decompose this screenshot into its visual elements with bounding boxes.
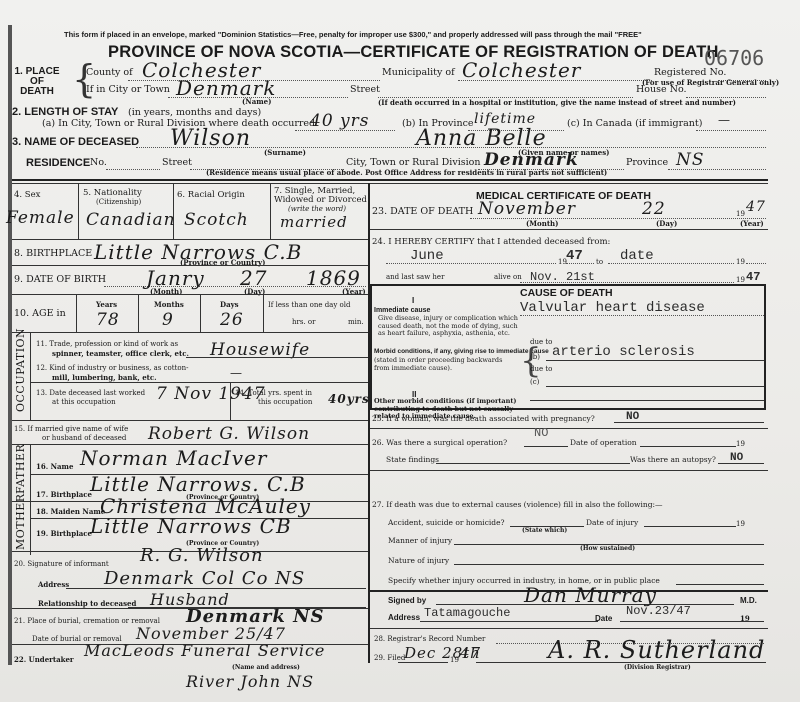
attended-to-value: date — [620, 248, 654, 264]
residence-note: (Residence means usual place of abode. P… — [206, 168, 607, 177]
q26-value: NO — [534, 426, 548, 440]
dob-label: 9. DATE OF BIRTH — [14, 274, 106, 285]
total-yrs-label-2: this occupation — [258, 398, 312, 406]
operation-date-label: Date of operation — [570, 438, 637, 447]
morbid-conditions-desc: (stated in order proceeding backwards fr… — [374, 357, 514, 372]
residence-city-value: Denmark — [484, 150, 579, 170]
certify-label: 24. I HEREBY CERTIFY that I attended dec… — [372, 237, 610, 247]
md-label: M.D. — [740, 596, 757, 605]
county-label: County of — [86, 67, 133, 78]
marital-label-2: Widowed or Divorced — [274, 195, 367, 205]
write-word-note: (write the word) — [288, 205, 346, 213]
dod-day: 22 — [642, 199, 666, 219]
last-saw-label: and last saw her — [386, 273, 444, 281]
undertaker-value: MacLeods Funeral Service — [84, 641, 325, 660]
father-name-label: 16. Name — [36, 462, 73, 471]
to-year-prefix: 19 — [736, 258, 745, 266]
signature-date-label: Date — [595, 614, 612, 623]
days-label: Days — [220, 300, 239, 309]
racial-origin-label: 6. Racial Origin — [177, 190, 245, 200]
q26-label: 26. Was there a surgical operation? — [372, 438, 507, 447]
dod-year: 47 — [746, 199, 766, 215]
city-label: If in City or Town — [86, 84, 170, 95]
spouse-value: Robert G. Wilson — [148, 424, 310, 444]
less-than-day-label: If less than one day old — [268, 301, 350, 309]
how-sustained-note: (How sustained) — [580, 545, 635, 552]
sex-value: Female — [6, 208, 75, 228]
mailing-notice: This form if placed in an envelope, mark… — [64, 30, 642, 39]
autopsy-value: NO — [730, 452, 743, 464]
undertaker-value-2: River John NS — [186, 672, 314, 691]
municipality-label: Municipality of — [382, 67, 455, 78]
secondary-cause-value: arterio sclerosis — [552, 344, 695, 360]
total-yrs-value: 40yrs — [328, 392, 370, 406]
mother-birthplace-label: 19. Birthplace — [36, 529, 92, 538]
house-no-label: House No. — [636, 84, 687, 95]
state-which-note: (State which) — [522, 527, 567, 534]
years-value: 78 — [96, 310, 120, 330]
immediate-cause-desc: Give disease, injury or complication whi… — [378, 315, 518, 338]
trade-label-1: 11. Trade, profession or kind of work as — [36, 340, 178, 348]
industry-label-1: 12. Kind of industry or business, as cot… — [36, 364, 188, 372]
months-label: Months — [154, 300, 184, 309]
dod-day-note: (Day) — [656, 219, 677, 228]
residence-city-label: City, Town or Rural Division — [346, 157, 480, 168]
dod-label: 23. DATE OF DEATH — [372, 206, 473, 217]
months-value: 9 — [162, 310, 174, 330]
stay-city-value: 40 yrs — [310, 111, 370, 131]
injury-year-prefix: 19 — [736, 520, 745, 528]
nationality-label: 5. Nationality — [83, 188, 142, 198]
hospital-note: (If death occurred in a hospital or inst… — [378, 98, 736, 107]
spouse-label-1: 15. If married give name of wife — [14, 425, 128, 433]
residence-no-label: No. — [90, 157, 107, 168]
filed-year: 47 — [460, 644, 481, 662]
stay-canada-value: — — [718, 113, 730, 127]
nature-label: Nature of injury — [388, 556, 449, 565]
division-registrar-note: (Division Registrar) — [624, 664, 691, 671]
filed-label: 29. Filed — [374, 654, 405, 662]
immediate-cause-value: Valvular heart disease — [520, 300, 705, 316]
father-name-value: Norman MacIver — [80, 446, 267, 470]
op-year-prefix: 19 — [736, 440, 745, 448]
place-of-death-label: 1. PLACE OF DEATH — [12, 67, 62, 97]
registered-no-label: Registered No. — [654, 67, 726, 78]
to-label: to — [596, 258, 603, 266]
stay-canada-label: (c) In Canada (if immigrant) — [567, 118, 702, 129]
total-yrs-label-1: 14. Total yrs. spent in — [235, 389, 312, 397]
citizenship-note: (Citizenship) — [96, 198, 141, 206]
residence-province-value: NS — [676, 150, 705, 170]
racial-origin-value: Scotch — [184, 210, 249, 230]
left-margin-bar — [8, 25, 12, 665]
days-value: 26 — [220, 310, 244, 330]
sex-label: 4. Sex — [14, 190, 40, 200]
physician-address-label: Address — [388, 613, 420, 622]
mother-side-label: MOTHER — [14, 506, 27, 550]
birthplace-label: 8. BIRTHPLACE — [14, 248, 92, 259]
dod-year-prefix: 19 — [736, 210, 745, 218]
filed-year-prefix: 19 — [450, 656, 459, 664]
mother-birthplace-value: Little Narrows CB — [90, 514, 292, 538]
street-label: Street — [350, 84, 380, 95]
informant-signature-value: R. G. Wilson — [140, 545, 264, 566]
alive-year-prefix: 19 — [736, 276, 745, 284]
municipality-value: Colchester — [462, 58, 581, 82]
deceased-name-label: 3. NAME OF DECEASED — [12, 136, 139, 148]
dod-month-note: (Month) — [526, 219, 558, 228]
last-worked-label-2: at this occupation — [52, 398, 116, 406]
industry-value: — — [230, 366, 242, 380]
record-number-label: 28. Registrar's Record Number — [374, 635, 485, 643]
signature-date-value: Nov.23/47 — [626, 604, 691, 618]
autopsy-label: Was there an autopsy? — [630, 455, 716, 464]
death-certificate: This form if placed in an envelope, mark… — [0, 0, 800, 702]
deceased-surname: Wilson — [170, 126, 251, 151]
years-label: Years — [96, 300, 117, 309]
residence-street-label: Street — [162, 157, 192, 168]
marital-status-value: married — [280, 213, 348, 231]
father-side-label: FATHER — [14, 450, 27, 494]
q27-label: 27. If death was due to external causes … — [372, 500, 663, 509]
q25-value: NO — [626, 411, 639, 423]
roman-one: I — [412, 296, 414, 305]
informant-address-label: Address — [38, 580, 69, 589]
signature-year-prefix: 19 — [740, 614, 750, 623]
informant-signature-label: 20. Signature of informant — [14, 560, 109, 568]
age-label: 10. AGE in — [14, 308, 66, 319]
alive-on-label: alive on — [494, 273, 522, 281]
b-label: (b) — [530, 353, 540, 361]
residence-province-label: Province — [626, 157, 668, 168]
dod-month: November — [478, 199, 576, 219]
residence-label: RESIDENCE — [26, 157, 90, 169]
father-birthplace-label: 17. Birthplace — [36, 490, 92, 499]
father-birthplace-value: Little Narrows. C.B — [90, 472, 306, 496]
undertaker-label: 22. Undertaker — [14, 655, 74, 664]
nationality-value: Canadian — [86, 210, 176, 230]
name-note: (Name) — [242, 97, 271, 106]
length-of-stay-label: 2. LENGTH OF STAY — [12, 106, 118, 118]
occupation-side-label: OCCUPATION — [14, 342, 27, 412]
trade-label-2: spinner, teamster, office clerk, etc. — [52, 349, 189, 358]
from-year: 47 — [566, 248, 583, 264]
manner-label: Manner of injury — [388, 536, 452, 545]
findings-label: State findings — [386, 455, 439, 464]
undertaker-note: (Name and address) — [232, 664, 300, 671]
due-to-2: due to — [530, 365, 552, 373]
signed-by-label: Signed by — [388, 596, 426, 605]
stay-province-value: lifetime — [474, 111, 536, 127]
physician-address-value: Tatamagouche — [424, 606, 510, 620]
surname-note: (Surname) — [264, 148, 306, 157]
hrs-label: hrs. or — [292, 318, 315, 326]
division-registrar-signature: A. R. Sutherland — [548, 636, 765, 664]
spouse-label-2: or husband of deceased — [42, 434, 126, 442]
injury-date-label: Date of injury — [586, 518, 638, 527]
c-label: (c) — [530, 378, 539, 386]
attended-from-value: June — [410, 248, 444, 264]
last-worked-label-1: 13. Date deceased last worked — [36, 389, 145, 397]
immediate-cause-label: Immediate cause — [374, 307, 430, 314]
min-label: min. — [348, 318, 364, 326]
informant-address-value: Denmark Col Co NS — [104, 568, 305, 589]
accident-label: Accident, suicide or homicide? — [388, 518, 505, 527]
dod-year-note: (Year) — [740, 219, 764, 228]
alive-year: 47 — [746, 270, 760, 284]
q25-label: 25. If a woman, was the death associated… — [372, 414, 595, 423]
industry-label-2: mill, lumbering, bank, etc. — [52, 373, 157, 382]
cause-of-death-title: CAUSE OF DEATH — [520, 287, 613, 299]
length-of-stay-note: (in years, months and days) — [128, 107, 261, 118]
relationship-label: Relationship to deceased — [38, 599, 136, 608]
